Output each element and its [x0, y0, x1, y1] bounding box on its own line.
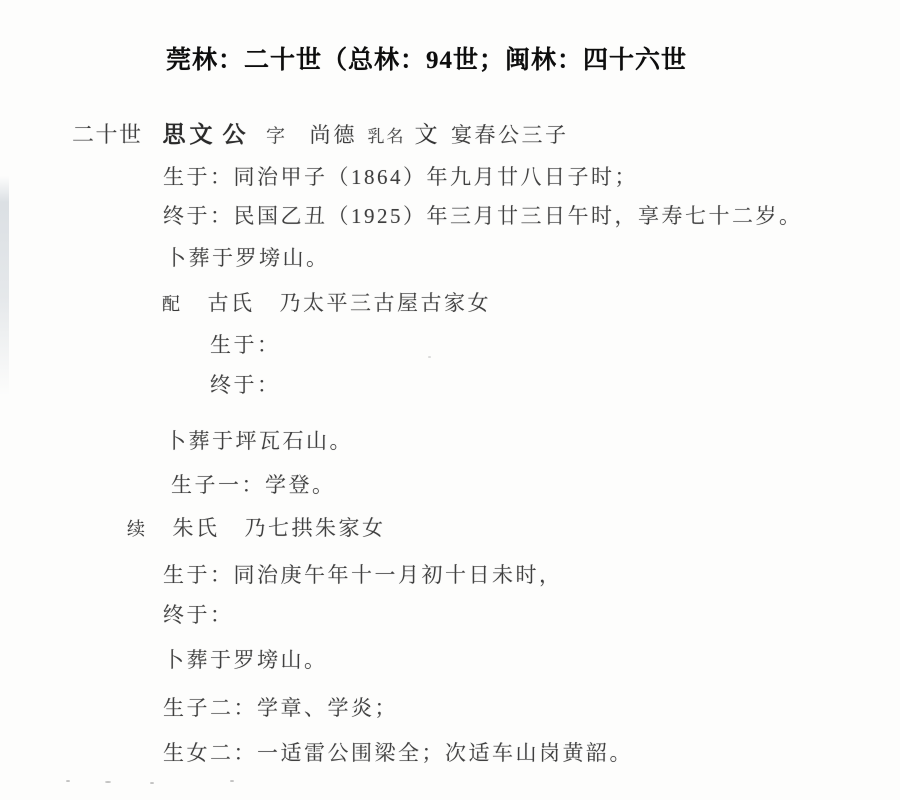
- scan-speck: [150, 782, 154, 784]
- person-birth-line: 生于：同治甲子（1864）年九月廿八日子时；: [163, 165, 638, 189]
- milk-name: 文: [415, 122, 441, 147]
- spouse1-birth-line: 生于：: [210, 333, 281, 357]
- spouse2-header-line: 续朱氏乃七拱朱家女: [127, 516, 386, 540]
- person-death-line: 终于：民国乙丑（1925）年三月廿三日午时，享寿七十二岁。: [163, 204, 803, 228]
- spouse1-death-line: 终于：: [210, 373, 281, 397]
- milk-name-label: 乳名: [368, 127, 406, 146]
- person-burial-line: 卜葬于罗塝山。: [165, 246, 330, 270]
- person-header-line: 二十世思文公字尚德乳名文宴春公三子: [72, 122, 569, 148]
- scan-speck: [105, 781, 111, 783]
- scan-speck: [230, 780, 234, 782]
- spouse1-origin: 乃太平三古屋古家女: [280, 291, 492, 315]
- courtesy-name: 尚德: [310, 123, 358, 147]
- page-title: 莞林：二十世（总林：94世；闽林：四十六世: [166, 40, 687, 76]
- scan-speck: [428, 356, 431, 358]
- spouse2-birth-line: 生于：同治庚午年十一月初十日未时，: [163, 563, 563, 587]
- scan-edge-shadow: [0, 176, 9, 396]
- spouse2-origin: 乃七拱朱家女: [245, 516, 386, 540]
- person-name: 思文: [163, 122, 217, 147]
- lineage-note: 宴春公三子: [451, 123, 569, 147]
- genealogy-scan-page: 莞林：二十世（总林：94世；闽林：四十六世 二十世思文公字尚德乳名文宴春公三子 …: [0, 0, 900, 800]
- generation-label: 二十世: [72, 122, 143, 147]
- spouse2-death-line: 终于：: [163, 603, 234, 627]
- spouse2-daughters-line: 生女二：一适雷公围梁全；次适车山岗黄韶。: [163, 741, 633, 765]
- spouse1-burial-line: 卜葬于坪瓦石山。: [165, 429, 353, 453]
- spouse2-label: 续: [127, 519, 148, 539]
- spouse1-sons-line: 生子一：学登。: [171, 473, 336, 497]
- spouse2-surname: 朱氏: [173, 516, 220, 540]
- scan-speck: [66, 780, 70, 782]
- courtesy-name-label: 字: [266, 126, 288, 147]
- spouse1-header-line: 配古氏乃太平三古屋古家女: [162, 291, 491, 315]
- spouse1-surname: 古氏: [208, 291, 255, 315]
- spouse1-label: 配: [162, 294, 183, 314]
- honorific-suffix: 公: [223, 122, 249, 147]
- spouse2-burial-line: 卜葬于罗塝山。: [163, 648, 328, 672]
- spouse2-sons-line: 生子二：学章、学炎；: [163, 696, 398, 720]
